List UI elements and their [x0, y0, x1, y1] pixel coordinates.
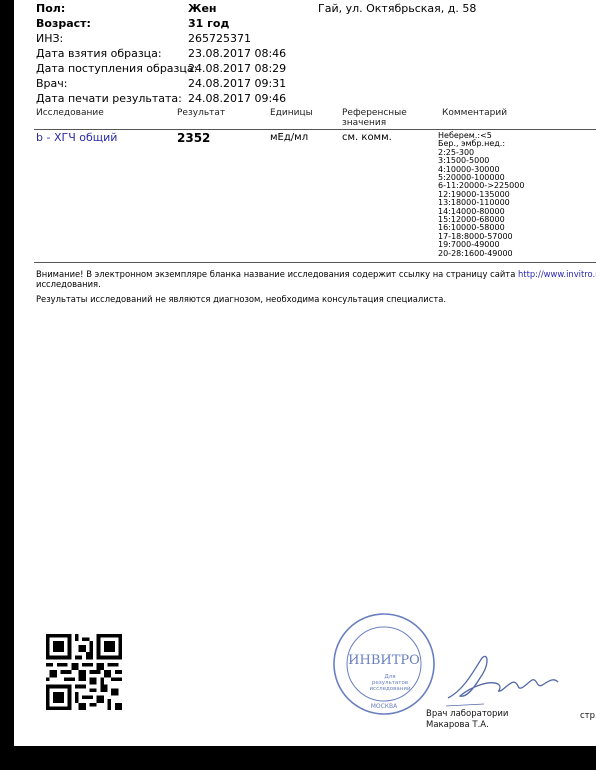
lab-address: Гай, ул. Октябрьская, д. 58: [318, 2, 476, 15]
field-label-doctor: Врач:: [36, 77, 67, 90]
field-label-print-date: Дата печати результата:: [36, 92, 182, 105]
field-value-sample-date: 23.08.2017 08:46: [188, 47, 286, 60]
warning-note: Внимание! В электронном экземпляре бланк…: [36, 269, 596, 279]
field-label-sex: Пол:: [36, 2, 65, 15]
page-number-label: стр.: [580, 711, 596, 721]
stamp-city: МОСКВА: [371, 703, 398, 710]
col-header-reference: Референсные: [342, 108, 407, 118]
reference-value: см. комм.: [342, 132, 392, 143]
lab-report-page: Пол: Жен Гай, ул. Октябрьская, д. 58 Воз…: [14, 0, 596, 746]
disclaimer-note: Результаты исследований не являются диаг…: [36, 294, 446, 304]
field-value-inz: 265725371: [188, 32, 251, 45]
col-header-test: Исследование: [36, 108, 104, 118]
stamp-sub3: исследований: [369, 685, 410, 692]
signer-name: Макарова Т.А.: [426, 720, 489, 730]
result-value: 2352: [177, 131, 210, 145]
table-bottom-divider: [34, 262, 596, 263]
warning-text: Внимание! В электронном экземпляре бланк…: [36, 269, 518, 279]
test-name-link[interactable]: b - ХГЧ общий: [36, 131, 117, 144]
lab-stamp-icon: ИНВИТРО Для результатов исследований МОС…: [332, 612, 436, 716]
field-label-inz: ИНЗ:: [36, 32, 63, 45]
field-value-sex: Жен: [188, 2, 217, 15]
field-label-age: Возраст:: [36, 17, 91, 30]
field-value-print-date: 24.08.2017 09:46: [188, 92, 286, 105]
field-value-age: 31 год: [188, 17, 229, 30]
col-header-reference-2: значения: [342, 118, 386, 128]
field-value-receipt-date: 24.08.2017 08:29: [188, 62, 286, 75]
col-header-units: Единицы: [270, 108, 313, 118]
field-label-receipt-date: Дата поступления образца:: [36, 62, 197, 75]
field-value-doctor: 24.08.2017 09:31: [188, 77, 286, 90]
signature-icon: [444, 650, 564, 710]
col-header-result: Результат: [177, 108, 225, 118]
header-divider: [34, 129, 596, 130]
stamp-brand: ИНВИТРО: [348, 653, 420, 668]
comment-line: 20-28:1600-49000: [438, 250, 524, 258]
reference-comment: Неберем.:<5 Бер., эмбр.нед.: 2:25-300 3:…: [438, 132, 524, 258]
qr-code-icon: [42, 634, 126, 710]
col-header-comment: Комментарий: [442, 108, 507, 118]
signer-title: Врач лаборатории: [426, 709, 508, 719]
result-units: мЕд/мл: [270, 132, 308, 143]
warning-note-line2: исследования.: [36, 279, 101, 289]
field-label-sample-date: Дата взятия образца:: [36, 47, 162, 60]
invitro-link[interactable]: http://www.invitro.ru/: [518, 269, 596, 279]
